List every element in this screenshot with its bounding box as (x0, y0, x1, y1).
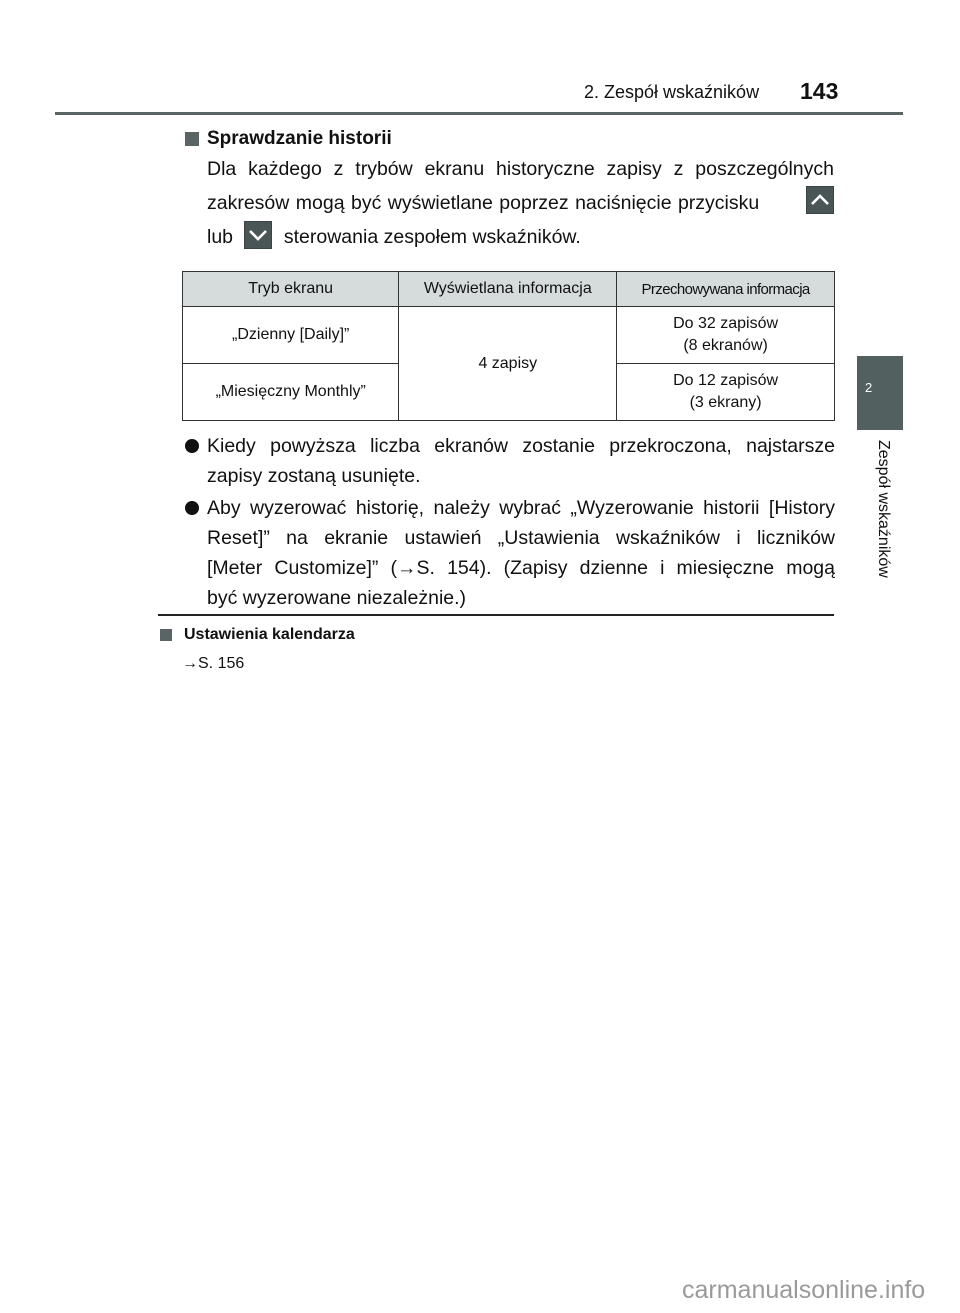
chapter-tab: 2 (857, 356, 903, 430)
page-reference-link[interactable]: →S. 156 (182, 655, 244, 673)
running-header-section: 2. Zespół wskaźników (584, 82, 759, 103)
section-heading-text: Sprawdzanie historii (207, 128, 392, 150)
column-header-displayed: Wyświetlana informacja (399, 272, 617, 307)
bullet-line: Reset]” na ekranie ustawień „Ustawienia … (207, 523, 835, 553)
watermark: carmanualsonline.info (682, 1276, 925, 1305)
table-header-row: Tryb ekranu Wyświetlana informacja Przec… (183, 272, 835, 307)
bullet-line: być wyzerowane niezależnie.) (207, 583, 835, 613)
paragraph-line-text: zakresów mogą być wyświetlane poprzez na… (207, 186, 759, 220)
section-heading-text: Ustawienia kalendarza (184, 626, 355, 644)
paragraph-line-text: sterowania zespołem wskaźników. (284, 226, 581, 248)
cell-stored: Do 12 zapisów (3 ekrany) (617, 364, 835, 421)
cell-mode: „Miesięczny Monthly” (183, 364, 399, 421)
column-header-stored: Przechowywana informacja (617, 272, 835, 307)
round-bullet-icon (185, 439, 199, 453)
cell-stored-line: Do 32 zapisów (621, 313, 830, 335)
chevron-down-icon (244, 221, 272, 249)
bullet-line: [Meter Customize]” (→S. 154). (Zapisy dz… (207, 553, 835, 583)
square-bullet-icon (160, 629, 172, 641)
paragraph-line: lub sterowania zespołem wskaźników. (207, 220, 834, 254)
paragraph-line-text: lub (207, 226, 233, 248)
cell-stored-line: Do 12 zapisów (621, 370, 830, 392)
bullet-line: Kiedy powyższa liczba ekranów zostanie p… (207, 431, 835, 461)
cell-mode: „Dzienny [Daily]” (183, 307, 399, 364)
paragraph-line: Dla każdego z trybów ekranu historyczne … (207, 152, 834, 186)
paragraph-line: zakresów mogą być wyświetlane poprzez na… (207, 186, 834, 220)
cell-displayed: 4 zapisy (399, 307, 617, 421)
round-bullet-icon (185, 501, 199, 515)
chevron-up-icon (806, 186, 834, 214)
cell-stored-line: (8 ekranów) (621, 335, 830, 357)
bullet-line: Aby wyzerować historię, należy wybrać „W… (207, 493, 835, 523)
column-header-mode: Tryb ekranu (183, 272, 399, 307)
chapter-label: Zespół wskaźników (862, 440, 892, 610)
cell-stored: Do 32 zapisów (8 ekranów) (617, 307, 835, 364)
history-paragraph: Dla każdego z trybów ekranu historyczne … (207, 152, 834, 254)
cell-stored-line: (3 ekrany) (621, 392, 830, 414)
section-divider (158, 614, 834, 616)
page-number: 143 (800, 78, 838, 105)
history-table: Tryb ekranu Wyświetlana informacja Przec… (182, 271, 835, 421)
table-row: „Dzienny [Daily]” 4 zapisy Do 32 zapisów… (183, 307, 835, 364)
header-rule (55, 112, 903, 115)
square-bullet-icon (185, 132, 199, 146)
bullet-line: zapisy zostaną usunięte. (207, 461, 835, 491)
chapter-number: 2 (865, 380, 872, 395)
